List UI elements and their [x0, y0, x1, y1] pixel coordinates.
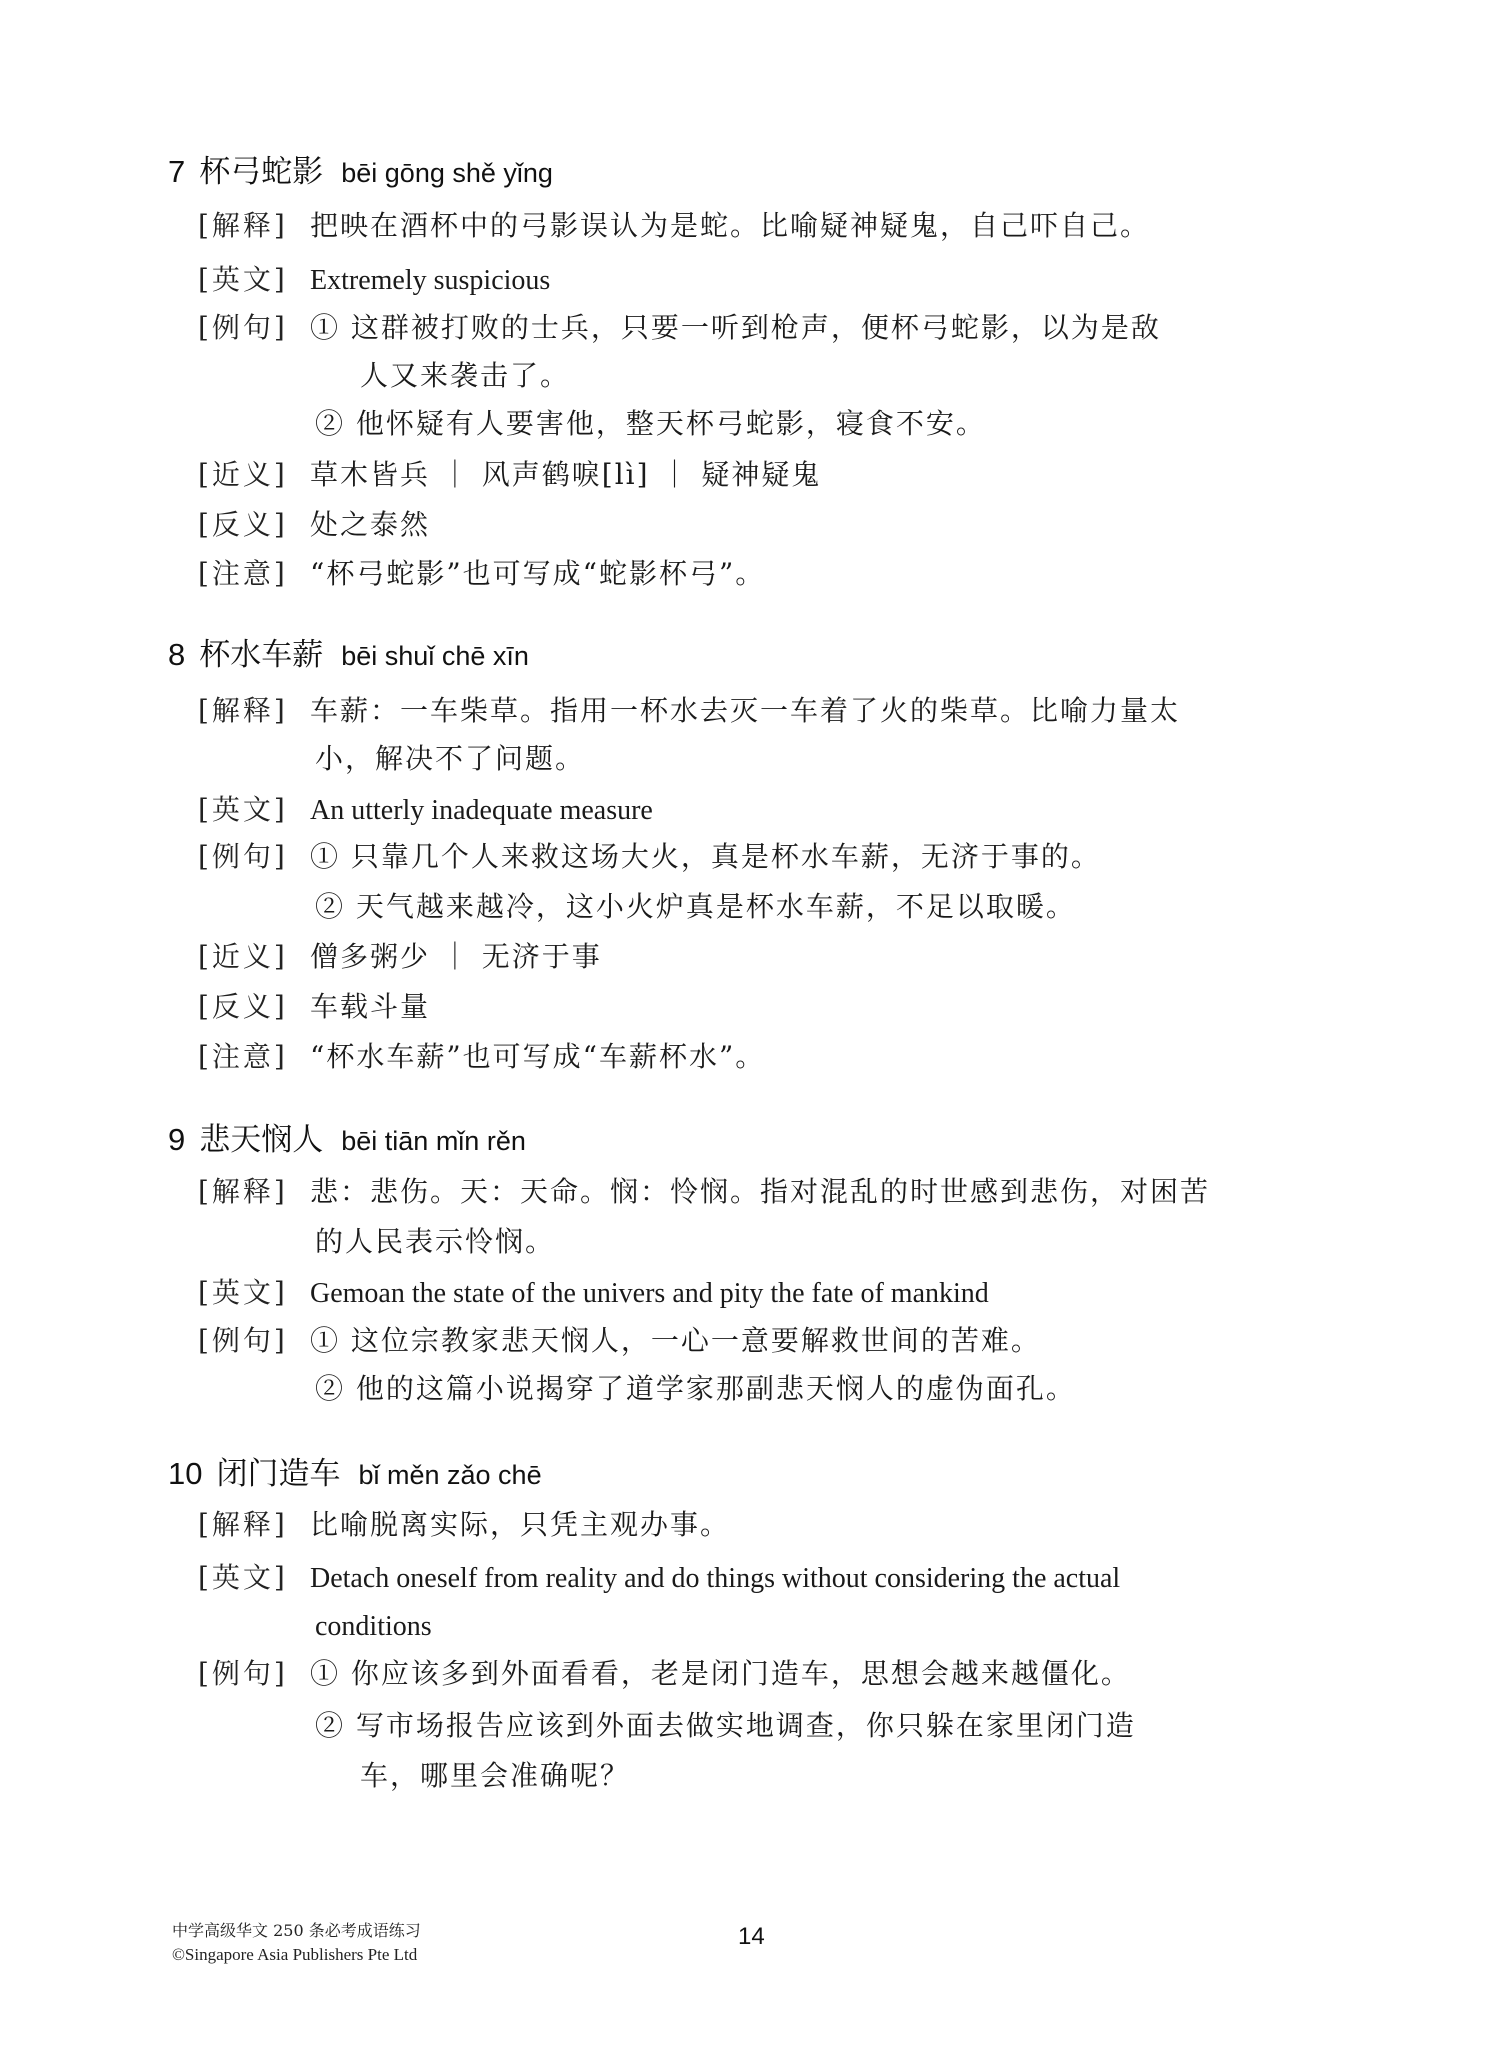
entry-idiom: 闭门造车: [216, 1456, 340, 1492]
english-text-cont: conditions: [315, 1611, 432, 1642]
entry-8-note: [注意]“杯水车薪”也可写成“车薪杯水”。: [198, 1043, 765, 1071]
explain-label: [解释]: [198, 1178, 310, 1206]
entry-7-antonym: [反义]处之泰然: [198, 511, 430, 539]
entry-number: 10: [168, 1458, 202, 1489]
note-text: “杯弓蛇影”也可写成“蛇影杯弓”。: [310, 557, 765, 590]
synonym-text: 草木皆兵 ｜ 风声鹤唳[lì] ｜ 疑神疑鬼: [310, 458, 821, 491]
english-text: An utterly inadequate measure: [310, 795, 653, 826]
entry-9-english: [英文]Gemoan the state of the univers and …: [198, 1279, 989, 1308]
antonym-text: 处之泰然: [310, 508, 430, 541]
example-label: [例句]: [198, 1660, 310, 1688]
english-label: [英文]: [198, 266, 310, 294]
explain-label: [解释]: [198, 697, 310, 725]
entry-number: 8: [168, 639, 185, 670]
entry-9-example: [例句]① 这位宗教家悲天悯人，一心一意要解救世间的苦难。: [198, 1327, 1041, 1355]
example-1: ① 这位宗教家悲天悯人，一心一意要解救世间的苦难。: [310, 1324, 1041, 1357]
entry-10-explain: [解释]比喻脱离实际，只凭主观办事。: [198, 1511, 730, 1539]
entry-7-example-2: ② 他怀疑有人要害他，整天杯弓蛇影，寝食不安。: [315, 410, 986, 438]
entry-7-title: 7杯弓蛇影bēi gōng shě yǐng: [168, 156, 553, 188]
example-1: ① 你应该多到外面看看，老是闭门造车，思想会越来越僵化。: [310, 1657, 1131, 1690]
entry-10-english-cont: conditions: [315, 1612, 432, 1641]
note-label: [注意]: [198, 560, 310, 588]
entry-10-example-2-cont: 车，哪里会准确呢？: [360, 1762, 630, 1790]
entry-8-english: [英文]An utterly inadequate measure: [198, 796, 653, 825]
english-label: [英文]: [198, 1279, 310, 1307]
entry-7-synonyms: [近义]草木皆兵 ｜ 风声鹤唳[lì] ｜ 疑神疑鬼: [198, 461, 821, 489]
synonym-label: [近义]: [198, 943, 310, 971]
entry-pinyin: bēi gōng shě yǐng: [341, 158, 553, 188]
entry-9-explain: [解释]悲：悲伤。天：天命。悯：怜悯。指对混乱的时世感到悲伤，对困苦: [198, 1178, 1210, 1206]
entry-8-example-2: ② 天气越来越冷，这小火炉真是杯水车薪，不足以取暖。: [315, 893, 1076, 921]
explain-label: [解释]: [198, 212, 310, 240]
entry-7-explain: [解释]把映在酒杯中的弓影误认为是蛇。比喻疑神疑鬼，自己吓自己。: [198, 212, 1150, 240]
entry-pinyin: bēi shuǐ chē xīn: [341, 641, 529, 671]
synonym-label: [近义]: [198, 461, 310, 489]
example-1: ① 只靠几个人来救这场大火，真是杯水车薪，无济于事的。: [310, 840, 1101, 873]
entry-8-explain: [解释]车薪：一车柴草。指用一杯水去灭一车着了火的柴草。比喻力量太: [198, 697, 1180, 725]
example-label: [例句]: [198, 1327, 310, 1355]
entry-8-example: [例句]① 只靠几个人来救这场大火，真是杯水车薪，无济于事的。: [198, 843, 1101, 871]
english-label: [英文]: [198, 1564, 310, 1592]
entry-idiom: 杯弓蛇影: [199, 154, 323, 190]
entry-9-example-2: ② 他的这篇小说揭穿了道学家那副悲天悯人的虚伪面孔。: [315, 1375, 1076, 1403]
entry-7-english: [英文]Extremely suspicious: [198, 266, 550, 295]
entry-7-note: [注意]“杯弓蛇影”也可写成“蛇影杯弓”。: [198, 560, 765, 588]
note-text: “杯水车薪”也可写成“车薪杯水”。: [310, 1040, 765, 1073]
entry-number: 9: [168, 1124, 185, 1155]
english-text: Gemoan the state of the univers and pity…: [310, 1278, 989, 1309]
entry-idiom: 杯水车薪: [199, 637, 323, 673]
entry-9-explain-cont: 的人民表示怜悯。: [315, 1228, 555, 1256]
entry-8-title: 8杯水车薪bēi shuǐ chē xīn: [168, 639, 529, 671]
antonym-text: 车载斗量: [310, 990, 430, 1023]
antonym-label: [反义]: [198, 511, 310, 539]
entry-8-antonym: [反义]车载斗量: [198, 993, 430, 1021]
example-1: ① 这群被打败的士兵，只要一听到枪声，便杯弓蛇影，以为是敌: [310, 311, 1161, 344]
synonym-text: 僧多粥少 ｜ 无济于事: [310, 940, 602, 973]
entry-number: 7: [168, 156, 185, 187]
entry-10-english: [英文]Detach oneself from reality and do t…: [198, 1564, 1120, 1593]
entry-9-title: 9悲天悯人bēi tiān mǐn rěn: [168, 1124, 526, 1156]
example-label: [例句]: [198, 314, 310, 342]
explain-text: 把映在酒杯中的弓影误认为是蛇。比喻疑神疑鬼，自己吓自己。: [310, 209, 1150, 242]
english-text: Extremely suspicious: [310, 265, 550, 296]
entry-10-title: 10闭门造车bǐ měn zǎo chē: [168, 1458, 542, 1490]
explain-text: 车薪：一车柴草。指用一杯水去灭一车着了火的柴草。比喻力量太: [310, 694, 1180, 727]
entry-7-example: [例句]① 这群被打败的士兵，只要一听到枪声，便杯弓蛇影，以为是敌: [198, 314, 1161, 342]
entry-8-synonyms: [近义]僧多粥少 ｜ 无济于事: [198, 943, 602, 971]
page-number: 14: [738, 1923, 765, 1951]
footer-copyright: ©Singapore Asia Publishers Pte Ltd: [172, 1945, 417, 1965]
antonym-label: [反义]: [198, 993, 310, 1021]
note-label: [注意]: [198, 1043, 310, 1071]
explain-label: [解释]: [198, 1511, 310, 1539]
footer-book-title: 中学高级华文 250 条必考成语练习: [172, 1918, 421, 1941]
entry-8-explain-cont: 小，解决不了问题。: [315, 745, 585, 773]
entry-10-example: [例句]① 你应该多到外面看看，老是闭门造车，思想会越来越僵化。: [198, 1660, 1131, 1688]
explain-text: 悲：悲伤。天：天命。悯：怜悯。指对混乱的时世感到悲伤，对困苦: [310, 1175, 1210, 1208]
entry-pinyin: bǐ měn zǎo chē: [358, 1460, 541, 1490]
english-text: Detach oneself from reality and do thing…: [310, 1563, 1120, 1594]
explain-text: 比喻脱离实际，只凭主观办事。: [310, 1508, 730, 1541]
entry-10-example-2: ② 写市场报告应该到外面去做实地调查，你只躲在家里闭门造: [315, 1712, 1136, 1740]
entry-pinyin: bēi tiān mǐn rěn: [341, 1126, 526, 1156]
entry-7-example-1-cont: 人又来袭击了。: [360, 362, 570, 390]
entry-idiom: 悲天悯人: [199, 1122, 323, 1158]
example-label: [例句]: [198, 843, 310, 871]
english-label: [英文]: [198, 796, 310, 824]
